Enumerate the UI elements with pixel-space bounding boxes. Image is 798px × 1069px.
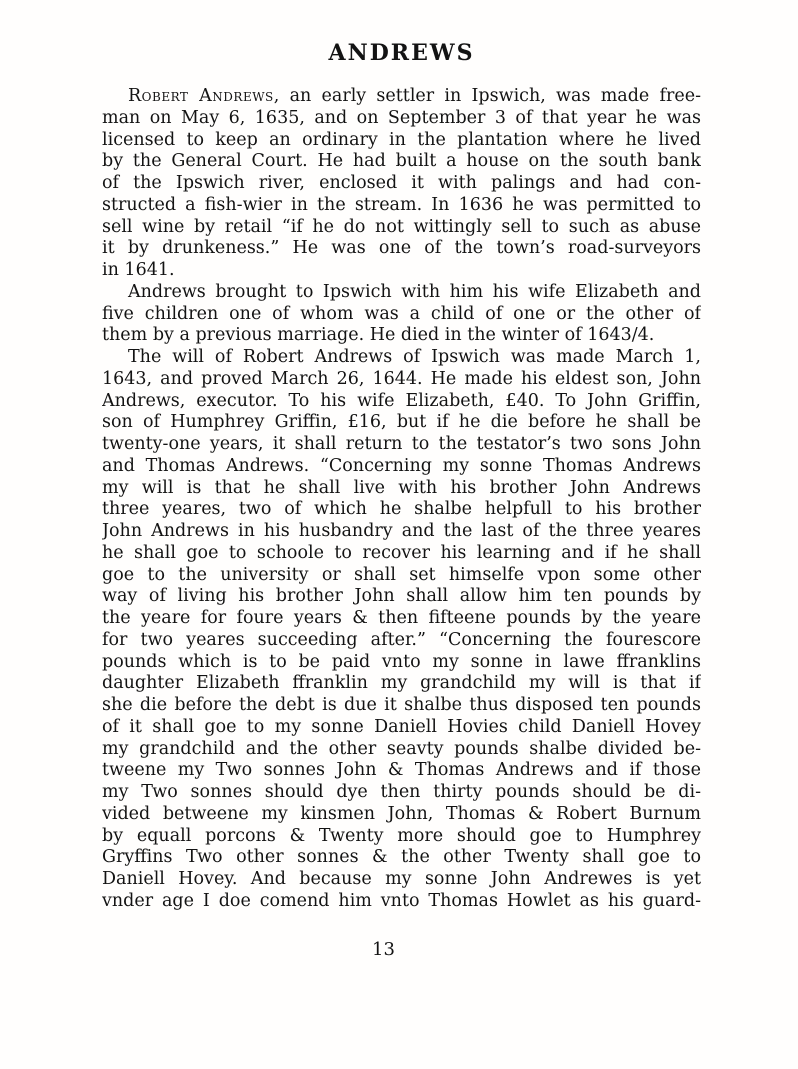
text-line: and Thomas Andrews. “Concerning my sonne…: [102, 456, 701, 478]
book-page: ANDREWS Robert Andrews, an early settler…: [0, 0, 798, 1069]
text-line: it by drunkeness.” He was one of the tow…: [102, 238, 701, 260]
text-line: 1643, and proved March 26, 1644. He made…: [102, 369, 701, 391]
text-line: my will is that he shall live with his b…: [102, 478, 701, 500]
page-title: ANDREWS: [102, 41, 701, 65]
text-line: The will of Robert Andrews of Ipswich wa…: [102, 347, 701, 369]
text-line: sell wine by retail “if he do not wittin…: [102, 217, 701, 239]
text-line: goe to the university or shall set himse…: [102, 565, 701, 587]
text-line: of it shall goe to my sonne Daniell Hovi…: [102, 717, 701, 739]
paragraph: The will of Robert Andrews of Ipswich wa…: [102, 347, 701, 913]
text-line: five children one of whom was a child of…: [102, 304, 701, 326]
text-line: Andrews brought to Ipswich with him his …: [102, 282, 701, 304]
paragraph: Robert Andrews, an early settler in Ipsw…: [102, 86, 701, 282]
text-line: Gryffins Two other sonnes & the other Tw…: [102, 847, 701, 869]
text-line: the yeare for foure years & then fifteen…: [102, 608, 701, 630]
text-line: by equall porcons & Twenty more should g…: [102, 826, 701, 848]
text-line: daughter Elizabeth ffranklin my grandchi…: [102, 673, 701, 695]
text-line: Andrews, executor. To his wife Elizabeth…: [102, 391, 701, 413]
text-line: vided betweene my kinsmen John, Thomas &…: [102, 804, 701, 826]
text-line: licensed to keep an ordinary in the plan…: [102, 130, 701, 152]
body-text: Robert Andrews, an early settler in Ipsw…: [102, 86, 701, 913]
text-line: tweene my Two sonnes John & Thomas Andre…: [102, 760, 701, 782]
text-line: in 1641.: [102, 260, 701, 282]
text-line: he shall goe to schoole to recover his l…: [102, 543, 701, 565]
text-line: vnder age I doe comend him vnto Thomas H…: [102, 891, 701, 913]
text-line: by the General Court. He had built a hou…: [102, 151, 701, 173]
text-line: for two yeares succeeding after.” “Conce…: [102, 630, 701, 652]
text-line: man on May 6, 1635, and on September 3 o…: [102, 108, 701, 130]
text-line: son of Humphrey Griffin, £16, but if he …: [102, 412, 701, 434]
text-line: twenty-one years, it shall return to the…: [102, 434, 701, 456]
text-line: my Two sonnes should dye then thirty pou…: [102, 782, 701, 804]
text-line: pounds which is to be paid vnto my sonne…: [102, 652, 701, 674]
lead-smallcaps-name: Robert Andrews: [128, 86, 274, 106]
text-line: of the Ipswich river, enclosed it with p…: [102, 173, 701, 195]
text-line: them by a previous marriage. He died in …: [102, 325, 701, 347]
text-line: three yeares, two of which he shalbe hel…: [102, 499, 701, 521]
page-number: 13: [84, 939, 683, 961]
paragraph: Andrews brought to Ipswich with him his …: [102, 282, 701, 347]
text-line: Robert Andrews, an early settler in Ipsw…: [102, 86, 701, 108]
text-line: John Andrews in his husbandry and the la…: [102, 521, 701, 543]
text-line: structed a fish-wier in the stream. In 1…: [102, 195, 701, 217]
text-line: Daniell Hovey. And because my sonne John…: [102, 869, 701, 891]
text-line: way of living his brother John shall all…: [102, 586, 701, 608]
text-line: my grandchild and the other seavty pound…: [102, 739, 701, 761]
text-line: she die before the debt is due it shalbe…: [102, 695, 701, 717]
